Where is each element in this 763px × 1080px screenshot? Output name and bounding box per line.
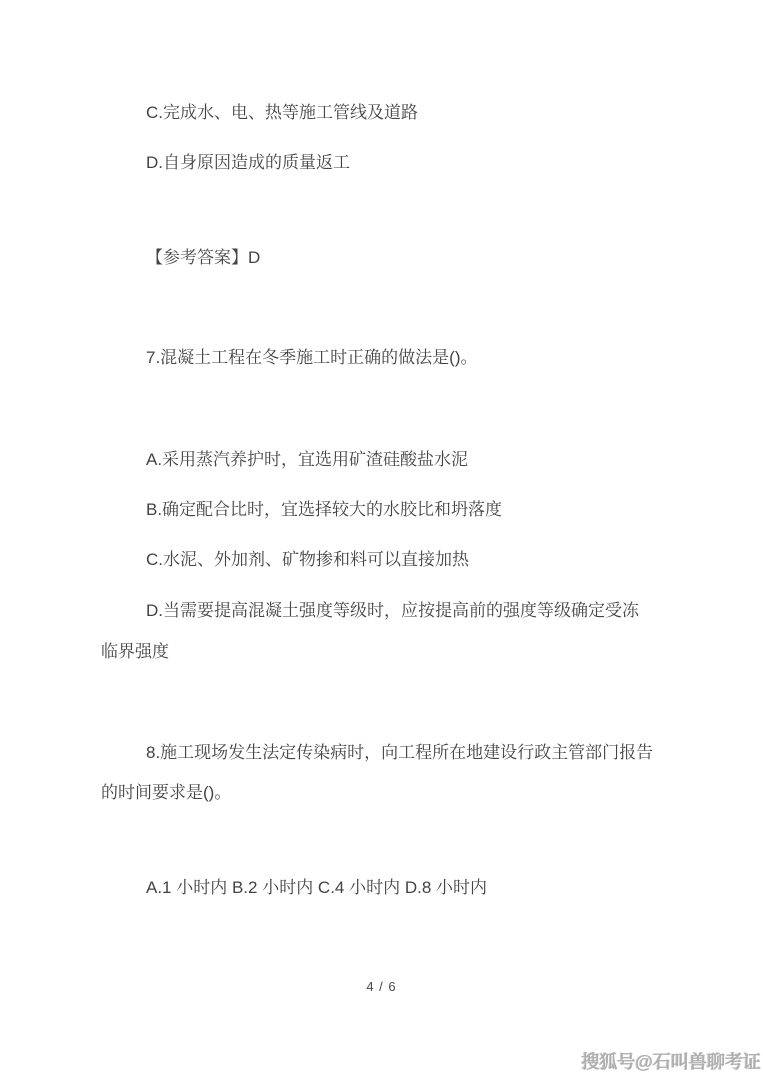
prev-question-option-d: D.自身原因造成的质量返工 [146,152,350,174]
document-page: C.完成水、电、热等施工管线及道路 D.自身原因造成的质量返工 【参考答案】D … [0,0,763,1080]
question8-options-line: A.1 小时内 B.2 小时内 C.4 小时内 D.8 小时内 [146,877,487,899]
question8-stem-line2: 的时间要求是()。 [101,782,231,804]
reference-answer-line: 【参考答案】D [146,247,260,269]
question7-option-c: C.水泥、外加剂、矿物掺和料可以直接加热 [146,549,469,571]
question7-option-b: B.确定配合比时，宜选择较大的水胶比和坍落度 [146,499,502,521]
question8-stem-line1: 8.施工现场发生法定传染病时，向工程所在地建设行政主管部门报告 [146,742,653,764]
prev-question-option-c: C.完成水、电、热等施工管线及道路 [146,102,418,124]
page-number-indicator: 4 / 6 [0,979,763,994]
question7-stem: 7.混凝土工程在冬季施工时正确的做法是()。 [146,347,478,369]
question7-option-d-line1: D.当需要提高混凝土强度等级时，应按提高前的强度等级确定受冻 [146,600,639,622]
question7-option-a: A.采用蒸汽养护时，宜选用矿渣硅酸盐水泥 [146,449,468,471]
question7-option-d-line2: 临界强度 [101,641,169,663]
sohu-account-watermark: 搜狐号@石叫兽聊考证 [581,1048,761,1074]
